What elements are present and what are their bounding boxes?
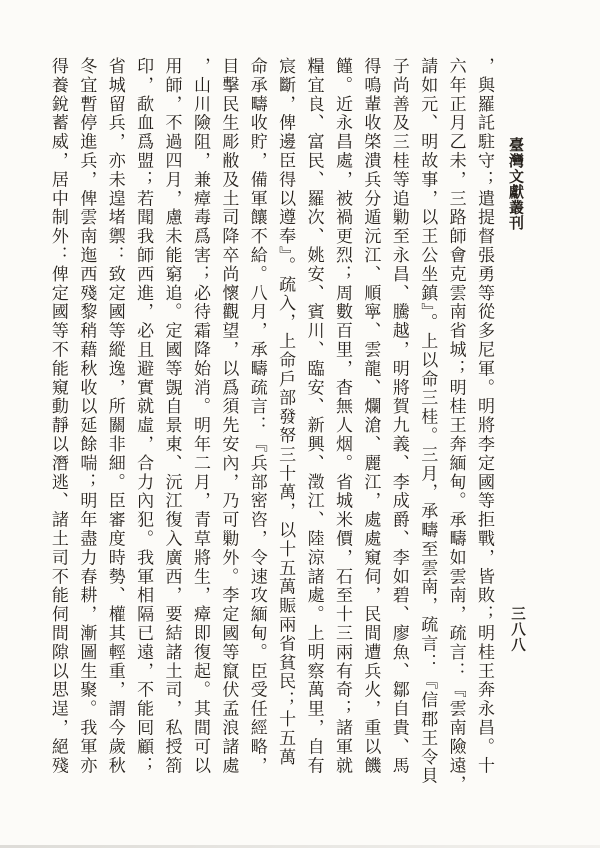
text-column: 省城留兵，亦未遑堵禦：致定國等縱逸，所關非細。臣審度時勢、權其輕重，謂今歲秋	[100, 57, 128, 805]
text-column: 得養銳蓄威，居中制外：俾定國等不能窺動靜以潛逃、諸土司不能伺間隙以思逞，絕殘	[44, 57, 72, 805]
text-column: ，山川險阻，兼瘴毒爲害；必待霜降始消。明年二月，青草將生，瘴即復起。其間可以	[186, 57, 214, 805]
text-column: 六年正月乙未，三路師會克雲南省城；明桂王奔緬甸。承疇如雲南，疏言：『雲南險遠，	[441, 57, 469, 805]
page-number: 三八八	[507, 606, 528, 653]
text-column: 請如元、明故事，以王公坐鎮』。上以命三桂。三月，承疇至雲南，疏言：『信郡王令貝	[413, 57, 441, 805]
text-column: 得鳴輩收棨潰兵分遁沅江、順寧、雲龍、爛滄、麗江，處處窺伺，民間遭兵火，重以饑	[356, 57, 384, 805]
text-column: 糧宜良、富民、羅次、姚安、賓川、臨安、新興、澂江、陸涼諸處。上明察萬里，自有	[299, 57, 327, 805]
text-column: 用師，不過四月，慮未能窮追。定國等覬自景東、沅江復入廣西，要結諸土司，私授箚	[157, 57, 185, 805]
text-column: 冬宜暫停進兵，俾雲南迤西殘黎稍藉秋收以延餘喘；明年盡力春耕，漸圖生聚。我軍亦	[72, 57, 100, 805]
text-column: 命承疇收貯，備軍饟不給。八月，承疇疏言：『兵部密咨，令速攻緬甸。臣受任經略，	[242, 57, 270, 805]
series-title: 臺灣文獻叢刊	[505, 137, 526, 231]
text-column: 宸斷，俾邊臣得以遵奉』。疏入，上命戶部發帑三十萬，以十五萬賑兩省貧民；十五萬	[271, 57, 299, 805]
body-text: ，與羅託駐守；遣提督張勇等從多尼軍。明將李定國等拒戰，皆敗；明桂王奔永昌。十 六…	[44, 57, 499, 805]
text-column: ，與羅託駐守；遣提督張勇等從多尼軍。明將李定國等拒戰，皆敗；明桂王奔永昌。十	[470, 57, 498, 805]
text-column: 目擊民生彫敝及土司降卒尚懷觀望，以爲須先安內，乃可勦外。李定國等竄伏孟浪諸處	[214, 57, 242, 805]
text-column: 印，歃血爲盟；若聞我師西進，必且避實就虛，合力內犯。我軍相隔已遠，不能囘顧；	[129, 57, 157, 805]
text-column: 子尚善及三桂等追勦至永昌、騰越，明將賀九義、李成爵、李如碧、廖魚、鄒自貴、馬	[384, 57, 412, 805]
text-column: 饉。近永昌處，被禍更烈；周數百里，杳無人烟。省城米價，石至十三兩有奇；諸軍就	[328, 57, 356, 805]
book-page: 臺灣文獻叢刊 三八八 ，與羅託駐守；遣提督張勇等從多尼軍。明將李定國等拒戰，皆敗…	[0, 0, 600, 848]
